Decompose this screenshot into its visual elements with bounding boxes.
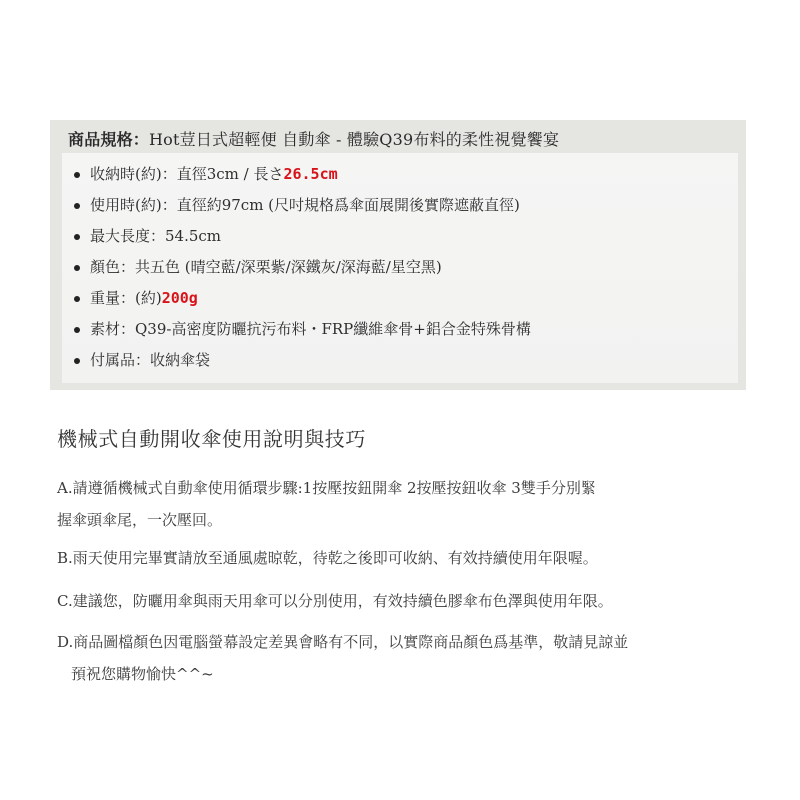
spec-list: 收納時(約)：直徑3cm / 長さ 26.5cm 使用時(約)：直徑約97cm … xyxy=(72,159,531,376)
bullet-icon xyxy=(74,327,80,333)
bullet-icon xyxy=(74,234,80,240)
usage-item-line: 握傘頭傘尾，一次壓回。 xyxy=(57,504,596,536)
usage-item-line: 預祝您購物愉快^^~ xyxy=(57,658,628,690)
spec-item-max-length: 最大長度：54.5cm xyxy=(72,221,531,252)
usage-item-c: C.建議您，防曬用傘與雨天用傘可以分別使用，有效持續色膠傘布色澤與使用年限。 xyxy=(57,585,613,617)
bullet-icon xyxy=(74,265,80,271)
spec-item-weight: 重量：(約) 200g xyxy=(72,283,531,314)
usage-item-line: D.商品圖檔顏色因電腦螢幕設定差異會略有不同，以實際商品顏色爲基準，敬請見諒並 xyxy=(57,626,628,658)
bullet-icon xyxy=(74,172,80,178)
bullet-icon xyxy=(74,203,80,209)
spec-item-material: 素材：Q39-高密度防曬抗污布料・FRP纖維傘骨+鋁合金特殊骨構 xyxy=(72,314,531,345)
spec-item-folded-size: 收納時(約)：直徑3cm / 長さ 26.5cm xyxy=(72,159,531,190)
usage-item-line: A.請遵循機械式自動傘使用循環步驟:1按壓按鈕開傘 2按壓按鈕收傘 3雙手分別緊 xyxy=(57,472,596,504)
spec-item-accessories: 付属品：收納傘袋 xyxy=(72,345,531,376)
bullet-icon xyxy=(74,358,80,364)
usage-item-a: A.請遵循機械式自動傘使用循環步驟:1按壓按鈕開傘 2按壓按鈕收傘 3雙手分別緊… xyxy=(57,472,596,536)
spec-list-panel: 收納時(約)：直徑3cm / 長さ 26.5cm 使用時(約)：直徑約97cm … xyxy=(62,153,738,383)
usage-item-d: D.商品圖檔顏色因電腦螢幕設定差異會略有不同，以實際商品顏色爲基準，敬請見諒並 … xyxy=(57,626,628,690)
spec-title: 商品規格：Hot荳日式超輕便 自動傘 - 體驗Q39布料的柔性視覺饗宴 xyxy=(68,127,559,150)
usage-item-b: B.雨天使用完畢實請放至通風處晾乾，待乾之後即可收納、有效持續使用年限喔。 xyxy=(57,542,598,574)
spec-item-open-size: 使用時(約)：直徑約97cm (尺吋規格爲傘面展開後實際遮蔽直徑) xyxy=(72,190,531,221)
usage-section-title: 機械式自動開收傘使用說明與技巧 xyxy=(57,423,366,452)
usage-item-line: B.雨天使用完畢實請放至通風處晾乾，待乾之後即可收納、有效持續使用年限喔。 xyxy=(57,542,598,574)
spec-item-colors: 顏色：共五色 (晴空藍/深栗紫/深鐵灰/深海藍/星空黑) xyxy=(72,252,531,283)
spec-title-value: Hot荳日式超輕便 自動傘 - 體驗Q39布料的柔性視覺饗宴 xyxy=(149,130,559,149)
spec-item-highlight: 200g xyxy=(162,283,198,314)
spec-item-label: 素材：Q39-高密度防曬抗污布料・FRP纖維傘骨+鋁合金特殊骨構 xyxy=(90,314,531,345)
bullet-icon xyxy=(74,296,80,302)
spec-item-label: 顏色：共五色 (晴空藍/深栗紫/深鐵灰/深海藍/星空黑) xyxy=(90,252,442,283)
spec-item-label: 最大長度：54.5cm xyxy=(90,221,221,252)
spec-item-label: 收納時(約)：直徑3cm / 長さ xyxy=(90,159,283,190)
product-spec-box: 商品規格：Hot荳日式超輕便 自動傘 - 體驗Q39布料的柔性視覺饗宴 收納時(… xyxy=(50,120,746,390)
spec-item-label: 使用時(約)：直徑約97cm (尺吋規格爲傘面展開後實際遮蔽直徑) xyxy=(90,190,520,221)
spec-item-highlight: 26.5cm xyxy=(283,159,337,190)
spec-item-label: 付属品：收納傘袋 xyxy=(90,345,210,376)
usage-item-line: C.建議您，防曬用傘與雨天用傘可以分別使用，有效持續色膠傘布色澤與使用年限。 xyxy=(57,585,613,617)
spec-item-label: 重量：(約) xyxy=(90,283,162,314)
spec-title-label: 商品規格： xyxy=(68,130,149,149)
